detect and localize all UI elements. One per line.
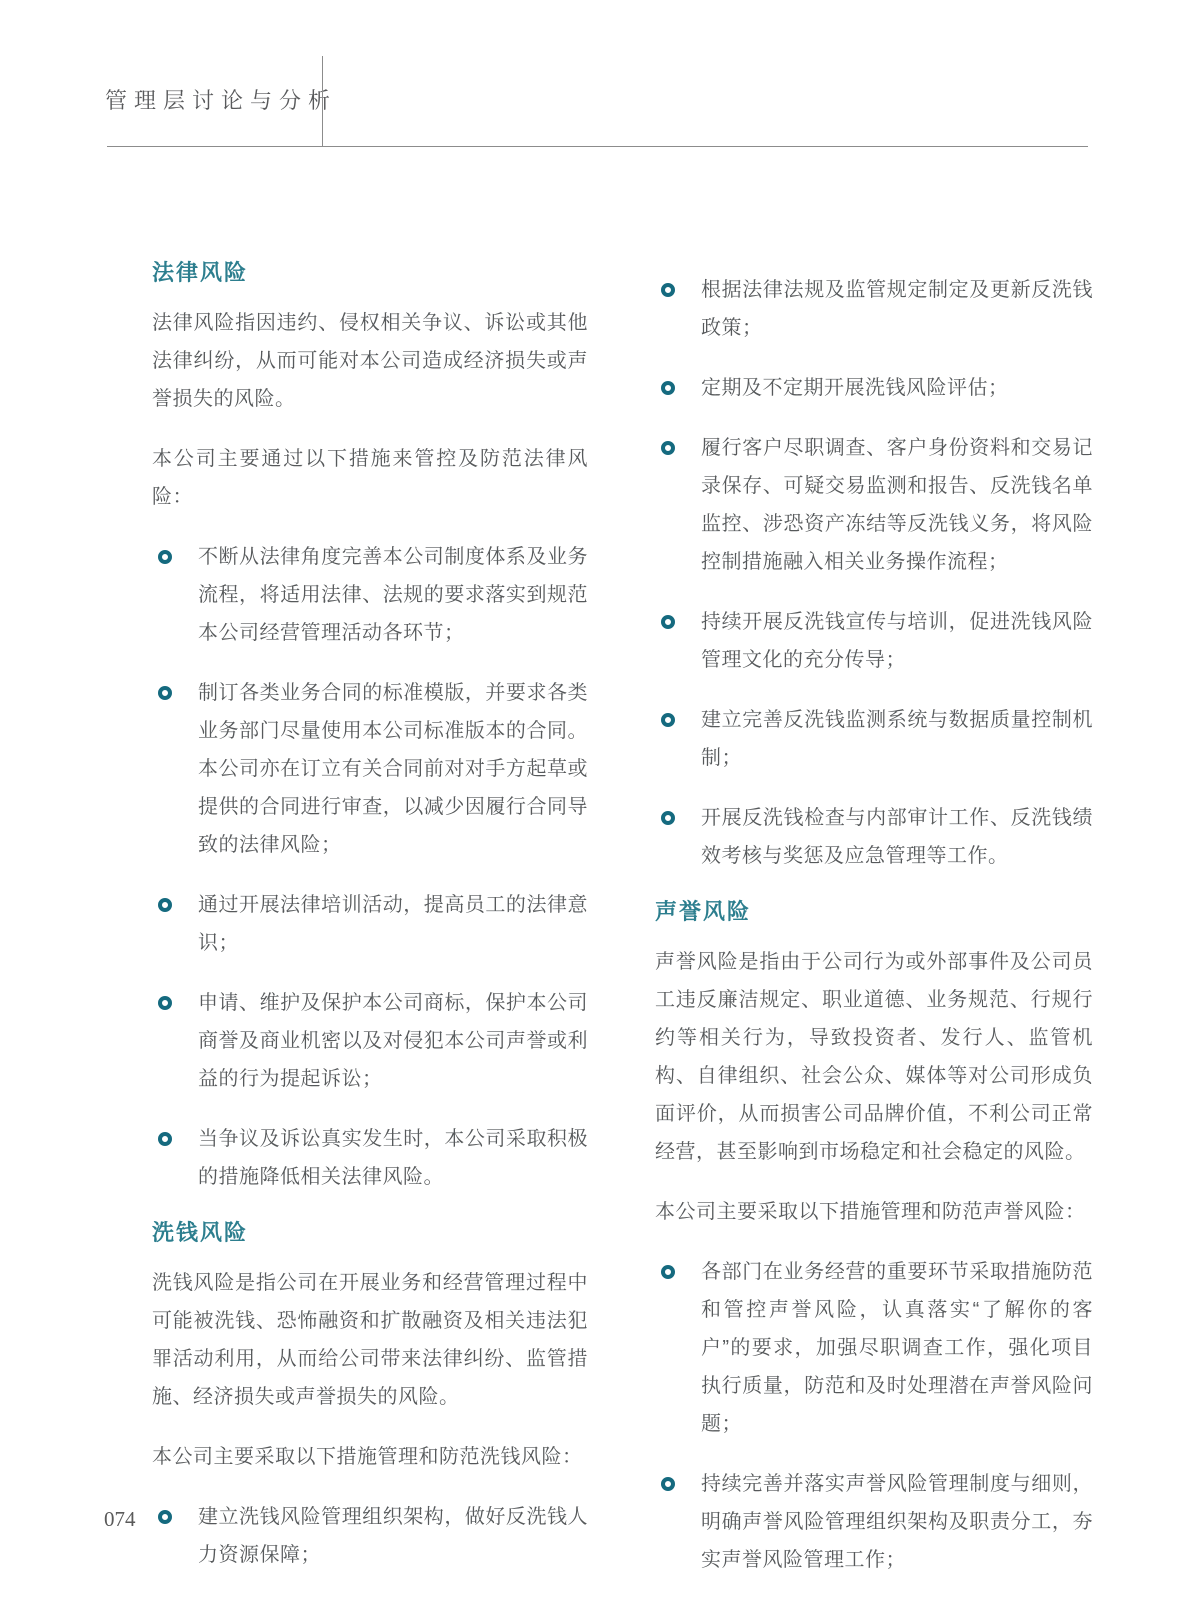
bullet-item: 持续开展反洗钱宣传与培训，促进洗钱风险管理文化的充分传导； <box>655 603 1093 679</box>
left-column: 法律风险法律风险指因违约、侵权相关争议、诉讼或其他法律纠纷，从而可能对本公司造成… <box>152 258 588 1596</box>
bullet-text: 履行客户尽职调查、客户身份资料和交易记录保存、可疑交易监测和报告、反洗钱名单监控… <box>701 437 1093 573</box>
section-heading: 洗钱风险 <box>152 1218 588 1248</box>
header-horizontal-rule <box>107 146 1088 147</box>
page-header-title: 管理层讨论与分析 <box>105 84 337 115</box>
bullet-item: 不断从法律角度完善本公司制度体系及业务流程，将适用法律、法规的要求落实到规范本公… <box>152 538 588 652</box>
section-heading: 声誉风险 <box>655 897 1093 927</box>
bullet-text: 建立洗钱风险管理组织架构，做好反洗钱人力资源保障； <box>198 1506 588 1566</box>
bullet-ring-icon <box>158 550 172 564</box>
paragraph: 本公司主要通过以下措施来管控及防范法律风险： <box>152 440 588 516</box>
bullet-text: 持续开展反洗钱宣传与培训，促进洗钱风险管理文化的充分传导； <box>701 611 1093 671</box>
bullet-item: 当争议及诉讼真实发生时，本公司采取积极的措施降低相关法律风险。 <box>152 1120 588 1196</box>
bullet-item: 履行客户尽职调查、客户身份资料和交易记录保存、可疑交易监测和报告、反洗钱名单监控… <box>655 429 1093 581</box>
page-number: 074 <box>104 1507 136 1532</box>
bullet-item: 根据法律法规及监管规定制定及更新反洗钱政策； <box>655 271 1093 347</box>
bullet-ring-icon <box>158 1510 172 1524</box>
bullet-text: 当争议及诉讼真实发生时，本公司采取积极的措施降低相关法律风险。 <box>198 1128 588 1188</box>
document-page: 管理层讨论与分析 法律风险法律风险指因违约、侵权相关争议、诉讼或其他法律纠纷，从… <box>0 0 1190 1615</box>
bullet-item: 建立洗钱风险管理组织架构，做好反洗钱人力资源保障； <box>152 1498 588 1574</box>
right-column: 根据法律法规及监管规定制定及更新反洗钱政策；定期及不定期开展洗钱风险评估；履行客… <box>655 271 1093 1601</box>
bullet-item: 开展反洗钱检查与内部审计工作、反洗钱绩效考核与奖惩及应急管理等工作。 <box>655 799 1093 875</box>
bullet-text: 通过开展法律培训活动，提高员工的法律意识； <box>198 894 588 954</box>
bullet-text: 定期及不定期开展洗钱风险评估； <box>701 377 1009 399</box>
bullet-text: 申请、维护及保护本公司商标，保护本公司商誉及商业机密以及对侵犯本公司声誉或利益的… <box>198 992 588 1090</box>
bullet-ring-icon <box>158 996 172 1010</box>
paragraph: 洗钱风险是指公司在开展业务和经营管理过程中可能被洗钱、恐怖融资和扩散融资及相关违… <box>152 1264 588 1416</box>
bullet-ring-icon <box>661 713 675 727</box>
bullet-ring-icon <box>661 811 675 825</box>
bullet-ring-icon <box>158 686 172 700</box>
bullet-ring-icon <box>158 1132 172 1146</box>
bullet-text: 不断从法律角度完善本公司制度体系及业务流程，将适用法律、法规的要求落实到规范本公… <box>198 546 588 644</box>
bullet-text: 开展反洗钱检查与内部审计工作、反洗钱绩效考核与奖惩及应急管理等工作。 <box>701 807 1093 867</box>
bullet-item: 建立完善反洗钱监测系统与数据质量控制机制； <box>655 701 1093 777</box>
bullet-text: 制订各类业务合同的标准模版，并要求各类业务部门尽量使用本公司标准版本的合同。本公… <box>198 682 588 856</box>
paragraph: 本公司主要采取以下措施管理和防范声誉风险： <box>655 1193 1093 1231</box>
paragraph: 本公司主要采取以下措施管理和防范洗钱风险： <box>152 1438 588 1476</box>
bullet-item: 各部门在业务经营的重要环节采取措施防范和管控声誉风险，认真落实“了解你的客户”的… <box>655 1253 1093 1443</box>
bullet-ring-icon <box>661 615 675 629</box>
paragraph: 法律风险指因违约、侵权相关争议、诉讼或其他法律纠纷，从而可能对本公司造成经济损失… <box>152 304 588 418</box>
bullet-ring-icon <box>661 283 675 297</box>
section-heading: 法律风险 <box>152 258 588 288</box>
header-vertical-divider <box>322 56 323 147</box>
bullet-ring-icon <box>661 1265 675 1279</box>
bullet-text: 根据法律法规及监管规定制定及更新反洗钱政策； <box>701 279 1093 339</box>
bullet-ring-icon <box>661 1477 675 1491</box>
bullet-item: 通过开展法律培训活动，提高员工的法律意识； <box>152 886 588 962</box>
bullet-text: 各部门在业务经营的重要环节采取措施防范和管控声誉风险，认真落实“了解你的客户”的… <box>701 1261 1093 1435</box>
bullet-item: 持续完善并落实声誉风险管理制度与细则，明确声誉风险管理组织架构及职责分工，夯实声… <box>655 1465 1093 1579</box>
bullet-text: 建立完善反洗钱监测系统与数据质量控制机制； <box>701 709 1093 769</box>
bullet-item: 定期及不定期开展洗钱风险评估； <box>655 369 1093 407</box>
bullet-ring-icon <box>158 898 172 912</box>
bullet-ring-icon <box>661 381 675 395</box>
bullet-ring-icon <box>661 441 675 455</box>
bullet-item: 申请、维护及保护本公司商标，保护本公司商誉及商业机密以及对侵犯本公司声誉或利益的… <box>152 984 588 1098</box>
paragraph: 声誉风险是指由于公司行为或外部事件及公司员工违反廉洁规定、职业道德、业务规范、行… <box>655 943 1093 1171</box>
bullet-text: 持续完善并落实声誉风险管理制度与细则，明确声誉风险管理组织架构及职责分工，夯实声… <box>701 1473 1093 1571</box>
bullet-item: 制订各类业务合同的标准模版，并要求各类业务部门尽量使用本公司标准版本的合同。本公… <box>152 674 588 864</box>
